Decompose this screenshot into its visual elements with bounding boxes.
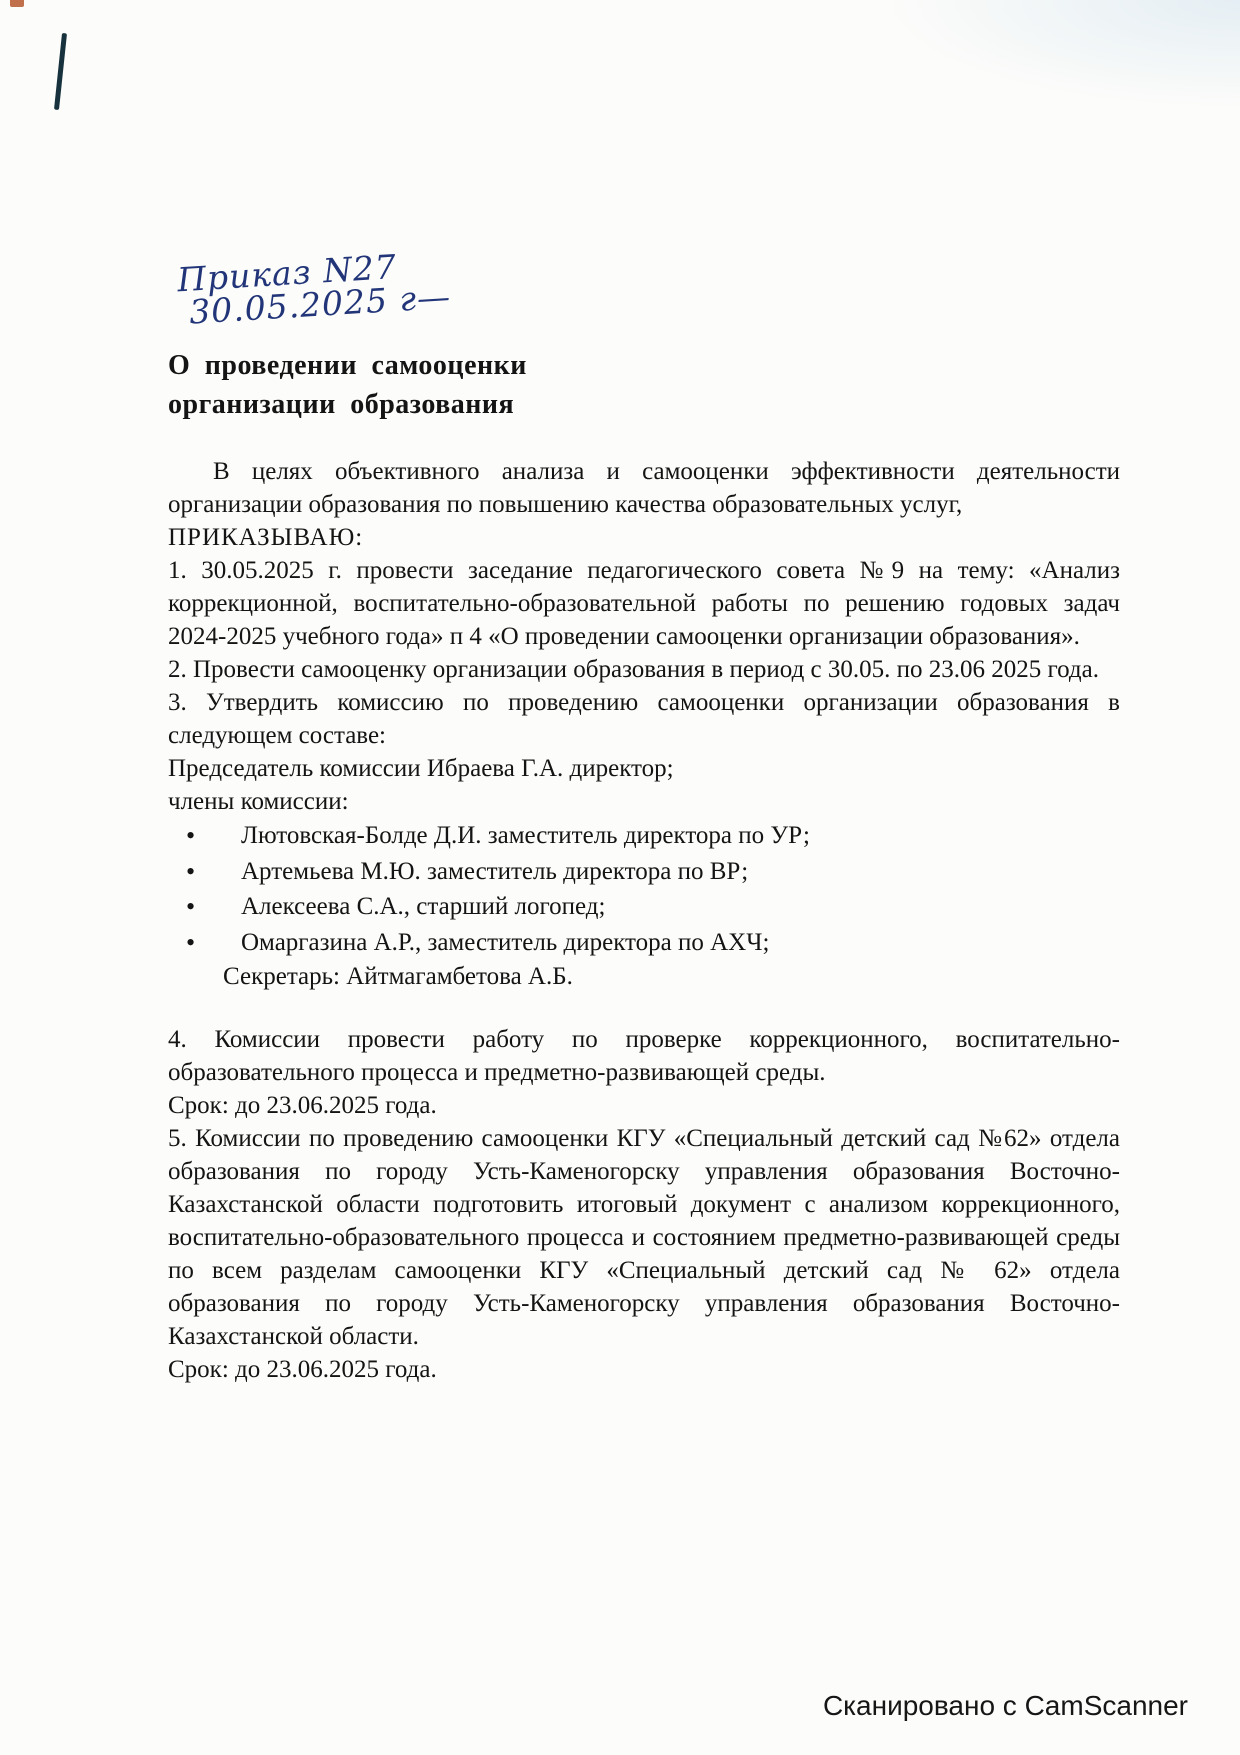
order-item-1: 1. 30.05.2025 г. провести заседание педа… bbox=[168, 554, 1120, 653]
order-title-line1: О проведении самооценки bbox=[168, 346, 527, 385]
commission-chair: Председатель комиссии Ибраева Г.А. дирек… bbox=[168, 752, 1120, 785]
deadline-2: Срок: до 23.06.2025 года. bbox=[168, 1353, 1120, 1386]
commission-member: Алексеева С.А., старший логопед; bbox=[168, 889, 1120, 925]
order-body: В целях объективного анализа и самооценк… bbox=[168, 455, 1120, 1386]
scan-artifact-tint bbox=[880, 0, 1240, 110]
scan-corner-mark bbox=[10, 0, 24, 7]
commission-member: Лютовская-Болде Д.И. заместитель директо… bbox=[168, 818, 1120, 854]
handwritten-note: Приказ N27 30.05.2025 г— bbox=[176, 247, 452, 329]
camscanner-credit: Сканировано с CamScanner bbox=[823, 1690, 1188, 1722]
pen-stroke-mark bbox=[54, 33, 67, 110]
order-title-line2: организации образования bbox=[168, 385, 527, 424]
commission-member: Омаргазина А.Р., заместитель директора п… bbox=[168, 925, 1120, 961]
commission-members-label: члены комиссии: bbox=[168, 785, 1120, 818]
order-item-4: 4. Комиссии провести работу по проверке … bbox=[168, 1023, 1120, 1089]
order-title: О проведении самооценки организации обра… bbox=[168, 346, 527, 424]
commission-members-list: Лютовская-Болде Д.И. заместитель директо… bbox=[168, 818, 1120, 960]
order-item-5: 5. Комиссии по проведению самооценки КГУ… bbox=[168, 1122, 1120, 1353]
decree-word: ПРИКАЗЫВАЮ: bbox=[168, 521, 1120, 554]
order-item-2: 2. Провести самооценку организации образ… bbox=[168, 653, 1120, 686]
deadline-1: Срок: до 23.06.2025 года. bbox=[168, 1089, 1120, 1122]
order-item-3: 3. Утвердить комиссию по проведению само… bbox=[168, 686, 1120, 752]
commission-secretary: Секретарь: Айтмагамбетова А.Б. bbox=[168, 960, 1120, 993]
scanned-order-page: Приказ N27 30.05.2025 г— О проведении са… bbox=[0, 0, 1240, 1755]
intro-paragraph: В целях объективного анализа и самооценк… bbox=[168, 455, 1120, 521]
commission-member: Артемьева М.Ю. заместитель директора по … bbox=[168, 854, 1120, 890]
